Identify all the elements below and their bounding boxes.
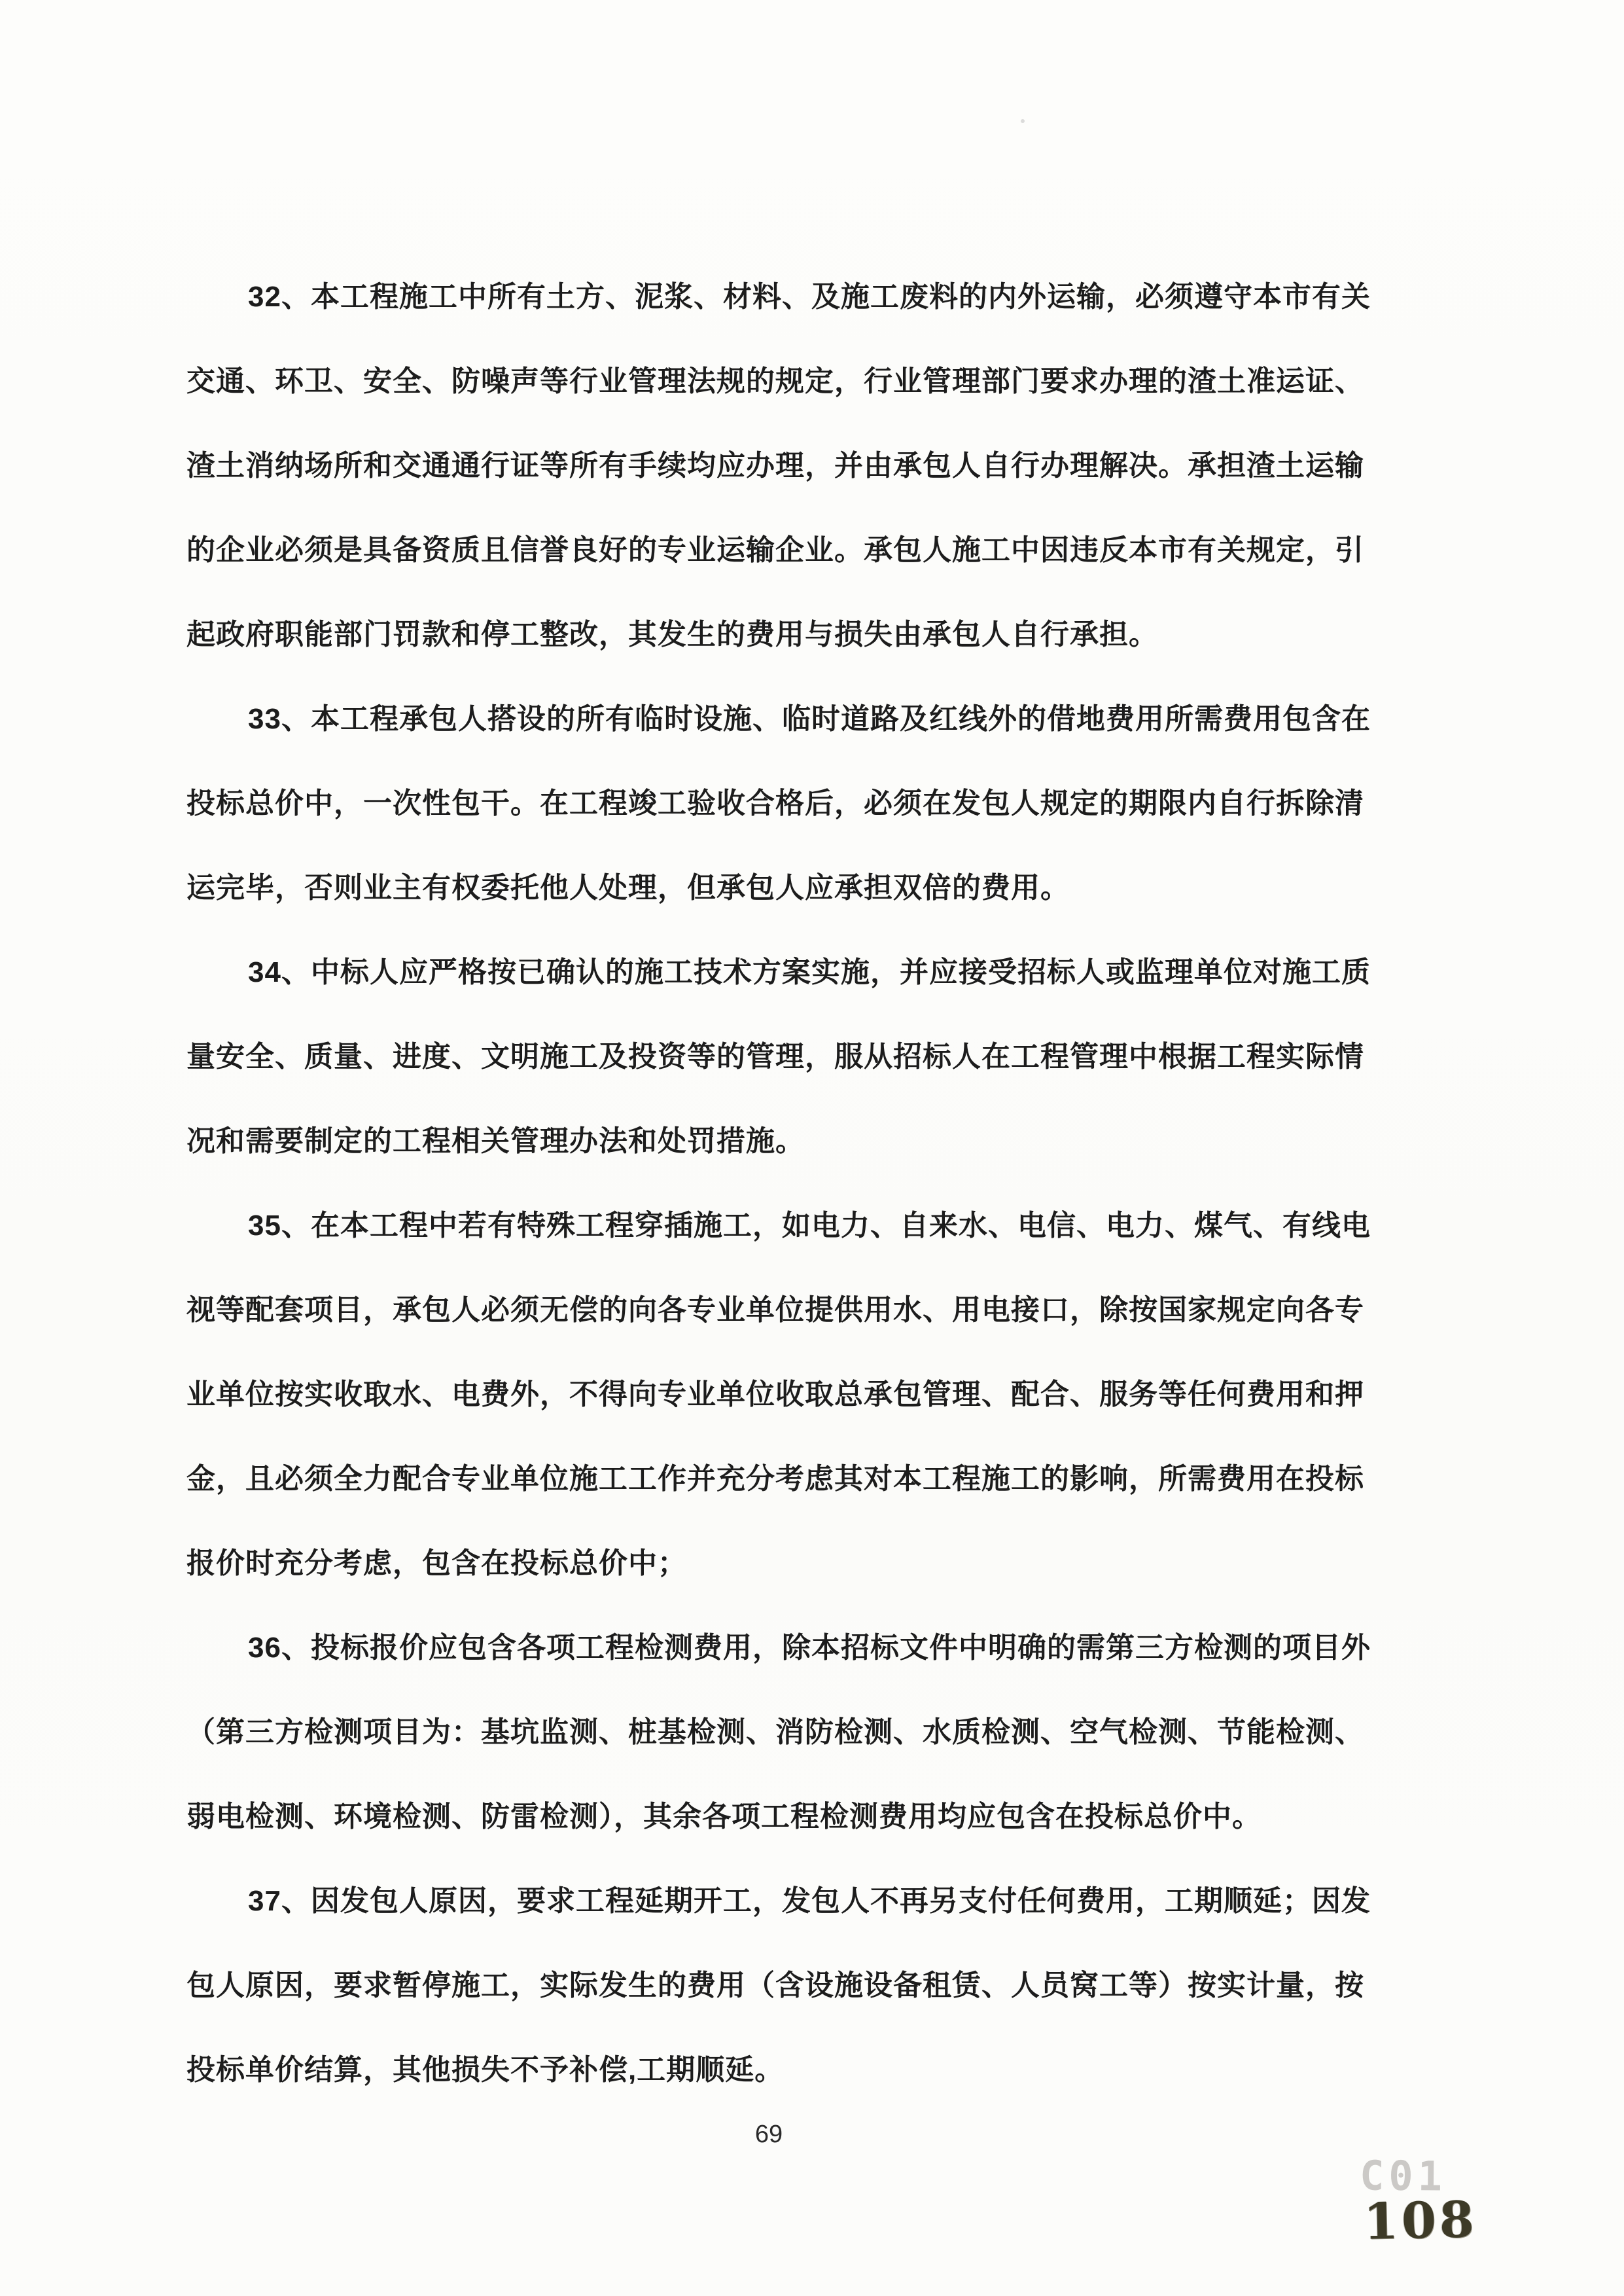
page-stamp-number: 108 (1363, 2190, 1477, 2251)
clause-33-line-2: 投标总价中，一次性包干。在工程竣工验收合格后，必须在发包人规定的期限内自行拆除清 (186, 761, 1350, 846)
page-number: 69 (720, 2121, 818, 2149)
clause-32-line-5: 起政府职能部门罚款和停工整改，其发生的费用与损失由承包人自行承担。 (186, 592, 1350, 677)
clause-35-line-5: 报价时充分考虑，包含在投标总价中； (186, 1521, 1350, 1605)
clause-37-line-3: 投标单价结算，其他损失不予补偿,工期顺延。 (186, 2028, 1350, 2112)
clause-32-line-3: 渣土消纳场所和交通通行证等所有手续均应办理，并由承包人自行办理解决。承担渣土运输 (186, 423, 1350, 508)
clause-35-line-2: 视等配套项目，承包人必须无偿的向各专业单位提供用水、用电接口，除按国家规定向各专 (186, 1268, 1350, 1352)
document-body: 32、本工程施工中所有土方、泥浆、材料、及施工废料的内外运输，必须遵守本市有关 … (186, 255, 1350, 2112)
clause-36-line-3: 弱电检测、环境检测、防雷检测），其余各项工程检测费用均应包含在投标总价中。 (186, 1774, 1350, 1859)
clause-34-line-1: 34、中标人应严格按已确认的施工技术方案实施，并应接受招标人或监理单位对施工质 (186, 930, 1350, 1014)
clause-37-line-1: 37、因发包人原因，要求工程延期开工，发包人不再另支付任何费用，工期顺延；因发 (186, 1859, 1350, 1943)
clause-35-line-4: 金，且必须全力配合专业单位施工工作并充分考虑其对本工程施工的影响，所需费用在投标 (186, 1437, 1350, 1521)
clause-32-line-2: 交通、环卫、安全、防噪声等行业管理法规的规定，行业管理部门要求办理的渣土准运证、 (186, 339, 1350, 423)
clause-35-line-1: 35、在本工程中若有特殊工程穿插施工，如电力、自来水、电信、电力、煤气、有线电 (186, 1183, 1350, 1268)
clause-37-line-2: 包人原因，要求暂停施工，实际发生的费用（含设施设备租赁、人员窝工等）按实计量，按 (186, 1943, 1350, 2028)
clause-36-line-1: 36、投标报价应包含各项工程检测费用，除本招标文件中明确的需第三方检测的项目外 (186, 1605, 1350, 1690)
clause-32-line-1: 32、本工程施工中所有土方、泥浆、材料、及施工废料的内外运输，必须遵守本市有关 (186, 255, 1350, 339)
clause-33-line-1: 33、本工程承包人搭设的所有临时设施、临时道路及红线外的借地费用所需费用包含在 (186, 677, 1350, 761)
clause-32-line-4: 的企业必须是具备资质且信誉良好的专业运输企业。承包人施工中因违反本市有关规定，引 (186, 508, 1350, 592)
clause-33-line-3: 运完毕，否则业主有权委托他人处理，但承包人应承担双倍的费用。 (186, 846, 1350, 930)
clause-34-line-3: 况和需要制定的工程相关管理办法和处罚措施。 (186, 1099, 1350, 1183)
scan-speck (1021, 119, 1025, 123)
scanned-document-page: 32、本工程施工中所有土方、泥浆、材料、及施工废料的内外运输，必须遵守本市有关 … (0, 0, 1624, 2296)
clause-35-line-3: 业单位按实收取水、电费外，不得向专业单位收取总承包管理、配合、服务等任何费用和押 (186, 1352, 1350, 1437)
clause-36-line-2: （第三方检测项目为：基坑监测、桩基检测、消防检测、水质检测、空气检测、节能检测、 (186, 1690, 1350, 1774)
clause-34-line-2: 量安全、质量、进度、文明施工及投资等的管理，服从招标人在工程管理中根据工程实际情 (186, 1014, 1350, 1099)
